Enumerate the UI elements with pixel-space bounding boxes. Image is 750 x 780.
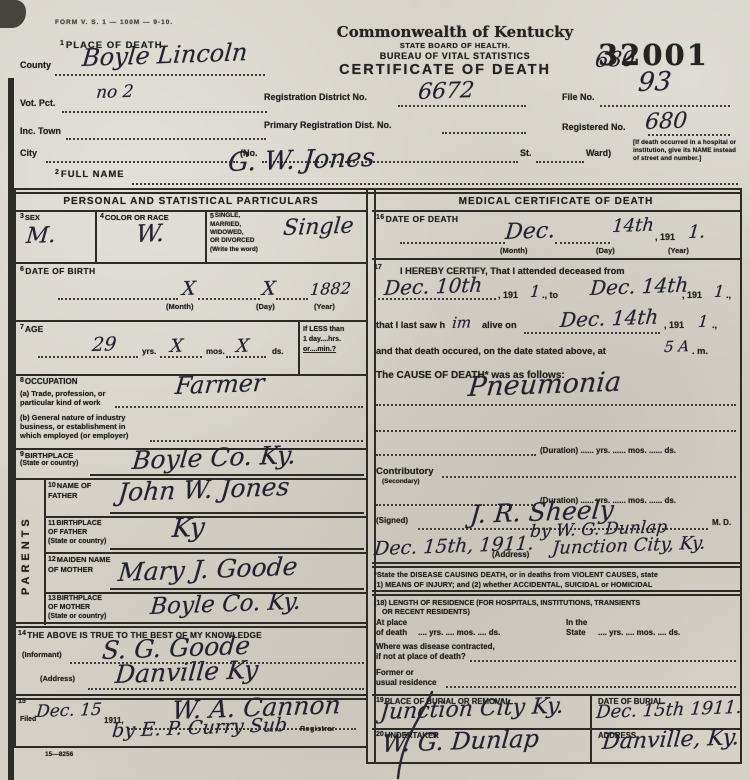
duration1-leader (376, 454, 536, 456)
item-8-number: 8 (20, 377, 24, 384)
marital-l4: OR DIVORCED (210, 237, 254, 244)
marital-l1: SINGLE, (215, 212, 240, 219)
sex-handwriting: M. (25, 223, 57, 249)
item-15-number: 15 (18, 698, 26, 705)
dod-year-caption: (Year) (668, 246, 689, 255)
personal-title-rule (16, 210, 366, 212)
county-line (55, 74, 265, 76)
residence-label-line2: OR RECENT RESIDENTS) (382, 607, 470, 616)
residence-at-place-1: At place (376, 618, 407, 627)
former-residence-line2: usual residence (376, 678, 436, 687)
certify-saw-handwriting: Dec. 14th (559, 305, 659, 333)
age-months-handwriting: X (169, 336, 184, 358)
residence-in-state-2: State (566, 628, 586, 637)
age-mos-unit: mos. (206, 347, 225, 356)
file-no-handwriting: 93 (637, 67, 673, 98)
burial-date-handwriting: Dec. 15th 1911. (595, 697, 742, 723)
filed-label: Filed (20, 716, 36, 723)
residence-in-state-1: In the (566, 618, 587, 627)
item-9-number: 9 (20, 451, 24, 458)
filed-by-handwriting: by E. P. Curry Sub (111, 714, 288, 742)
marital-l2: MARRIED, (210, 221, 241, 228)
marital-l3: WIDOWED, (210, 229, 244, 236)
occupation-b3: which employed (or employer) (20, 431, 128, 440)
header-divider (14, 188, 742, 194)
death-certificate-scan: FORM V. S. 1 — 100M — 9-10. Commonwealth… (0, 0, 750, 780)
sign-address-label: (Address) (492, 550, 529, 559)
sign-bottom (372, 562, 740, 568)
marital-handwriting: Single (282, 213, 355, 241)
inc-town-label: Inc. Town (20, 126, 61, 136)
full-name-label: 2FULL NAME (55, 169, 125, 180)
registered-no-handwriting: 680 (644, 108, 688, 135)
city-st-line (536, 161, 584, 163)
outer-right-border (740, 190, 742, 764)
birthplace-sub: (State or country) (20, 460, 78, 467)
certify-to-label: ., to (542, 290, 558, 300)
medical-title-rule (372, 210, 740, 212)
undertaker-address-handwriting: Danville, Ky. (601, 725, 740, 755)
marital-l5: (Write the word) (210, 246, 258, 253)
occupation-b2: business, or establishment in (20, 422, 125, 431)
marital-label: 5SINGLE, MARRIED, WIDOWED, OR DIVORCED (… (210, 212, 278, 254)
certify-saw-line (524, 332, 660, 334)
full-name-text: FULL NAME (61, 169, 125, 180)
dod-line2 (555, 242, 610, 244)
footer-form-code: 15—8256 (45, 751, 73, 758)
file-no-label: File No. (562, 92, 595, 102)
city-st-label: St. (520, 148, 532, 158)
certify-to-handwriting: Dec. 14th (589, 273, 689, 301)
dob-line1 (58, 298, 178, 300)
primary-registration-label: Primary Registration Dist. No. (264, 120, 392, 130)
contributory-sub: (Secondary) (382, 478, 420, 485)
city-line (46, 161, 238, 163)
contributory-line (442, 476, 736, 478)
vot-pct-line (62, 111, 267, 113)
mother-bp-l2: OF MOTHER (48, 604, 90, 611)
contracted-line1: Where was disease contracted, (376, 642, 495, 651)
mother-name-l1: MAIDEN NAME (57, 555, 111, 564)
city-ward-label: Ward) (586, 148, 611, 158)
primary-registration-line (442, 132, 526, 134)
certify-sep2: , 191 (682, 290, 702, 300)
age-days-handwriting: X (235, 336, 250, 358)
item-7-number: 7 (20, 324, 24, 331)
violent-note-line1: *State the DISEASE CAUSING DEATH, or in … (374, 570, 658, 579)
file-no-line (600, 105, 730, 107)
state-board-line: STATE BOARD OF HEALTH. (320, 41, 590, 50)
age-ds-unit: ds. (272, 347, 284, 356)
mother-bp-l3: (State or country) (48, 613, 106, 620)
dob-label: 6DATE OF BIRTH (20, 266, 96, 276)
mother-name-l2: OF MOTHER (48, 565, 93, 574)
informant-label: (Informant) (22, 650, 62, 659)
age-label: 7AGE (20, 324, 43, 334)
father-bp-l2: OF FATHER (48, 529, 87, 536)
center-divider (366, 190, 376, 764)
mother-name-label: 12MAIDEN NAME OF MOTHER (48, 555, 128, 575)
residence-units2: .... yrs. .... mos. .... ds. (598, 628, 680, 637)
registered-no-label: Registered No. (562, 122, 626, 132)
informant-address-handwriting: Danville Ky (114, 655, 260, 689)
mother-name-underline (110, 588, 364, 590)
row1-bottom (16, 262, 366, 264)
father-bp-l1: BIRTHPLACE (56, 520, 101, 527)
age-less3: or....min.? (303, 346, 336, 353)
certify-from-handwriting: Dec. 10th (383, 273, 483, 301)
certify-end1: ., (726, 290, 731, 300)
contributory-label: Contributory (376, 466, 434, 477)
father-bp-l3: (State or country) (48, 538, 106, 545)
age-less-note: If LESS than 1 day....hrs. or....min.? (303, 325, 365, 354)
birthplace-text: BIRTHPLACE (25, 451, 73, 460)
father-name-underline (110, 512, 364, 514)
certify-line2a: that I last saw h (376, 320, 445, 330)
item-16-number: 16 (376, 214, 385, 221)
item-17-number: 17 (374, 264, 382, 271)
dod-bottom (372, 258, 740, 260)
dob-day-caption: (Day) (256, 302, 275, 311)
full-name-line (132, 183, 738, 185)
father-name-label: 10NAME OF FATHER (48, 481, 118, 501)
sex-race-divider (95, 210, 97, 262)
item-12-number: 12 (48, 556, 56, 563)
item-11-number: 11 (48, 520, 55, 527)
personal-section-title: PERSONAL AND STATISTICAL PARTICULARS (16, 196, 366, 207)
occupation-a-line (115, 406, 363, 408)
dob-text: DATE OF BIRTH (25, 266, 95, 276)
duration1-text: (Duration) ...... yrs. ...... mos. .....… (540, 446, 676, 455)
item-4-number: 4 (100, 213, 104, 220)
parents-bottom (16, 622, 366, 628)
race-marital-divider (205, 210, 207, 262)
age-yrs-unit: yrs. (142, 347, 156, 356)
age-less2: 1 day....hrs. (303, 336, 341, 343)
dod-year-handwriting: 1. (687, 221, 706, 243)
father-bp-underline (110, 548, 364, 550)
medical-section-title: MEDICAL CERTIFICATE OF DEATH (372, 196, 740, 207)
dod-month-handwriting: Dec. (504, 218, 556, 245)
dod-text: DATE OF DEATH (386, 214, 459, 224)
father-name-handwriting: John W. Jones (117, 472, 291, 507)
sign-address-handwriting: Junction City, Ky. (551, 533, 706, 559)
dob-bottom (16, 320, 366, 322)
item-10-number: 10 (48, 482, 56, 489)
dob-day-handwriting: X (261, 277, 276, 300)
certify-time-handwriting: 5 A (663, 337, 690, 356)
county-label: County (20, 60, 51, 70)
sex-text: SEX (25, 213, 40, 222)
violent-note-line2: (1) MEANS OF INJURY; and (2) whether ACC… (374, 580, 652, 589)
birthplace-label: 9BIRTHPLACE (20, 451, 73, 460)
cause-line1 (376, 404, 736, 406)
bureau-line: BUREAU OF VITAL STATISTICS (320, 51, 590, 61)
filed-date-handwriting: Dec. 15 (35, 700, 102, 722)
dob-year-handwriting: 1882 (309, 279, 351, 299)
registration-district-line (398, 105, 526, 107)
registration-district-handwriting: 6672 (417, 78, 475, 105)
signed-md-label: M. D. (712, 518, 731, 527)
certify-y3-handwriting: 1 (697, 312, 709, 331)
certify-line3: and that death occured, on the date stat… (376, 346, 606, 356)
mother-name-handwriting: Mary J. Goode (117, 552, 299, 587)
former-residence-line1: Former or (376, 668, 414, 677)
commonwealth-title: Commonwealth of Kentucky (320, 23, 590, 41)
item-5-number: 5 (210, 213, 214, 220)
contracted-line (470, 660, 736, 662)
certify-sep3: , 191 (664, 320, 684, 330)
full-name-handwriting: G. W. Jones (227, 143, 376, 178)
occupation-a1: (a) Trade, profession, or (20, 389, 105, 398)
certify-sep1: , 191 (498, 290, 518, 300)
item-13-number: 13 (48, 595, 56, 602)
dod-line1 (400, 242, 505, 244)
age-years-handwriting: 29 (91, 333, 117, 356)
sex-label: 3SEX (20, 213, 40, 222)
city-label: City (20, 148, 37, 158)
certify-end2: ., (712, 320, 717, 330)
outer-left-border (14, 190, 16, 748)
undertaker-handwriting: W. G. Dunlap (381, 724, 540, 758)
dob-month-caption: (Month) (166, 302, 193, 311)
age-text: AGE (25, 324, 43, 334)
violent-note-bottom (372, 590, 740, 596)
dob-month-handwriting: X (181, 277, 196, 300)
vot-pct-handwriting: no 2 (95, 82, 134, 103)
residence-at-place-2: of death (376, 628, 407, 637)
birthplace-handwriting: Boyle Co. Ky. (131, 440, 297, 475)
former-residence-line (446, 686, 736, 688)
item-14-number: 14 (18, 630, 26, 637)
father-bp-label: 11BIRTHPLACE OF FATHER (State or country… (48, 519, 122, 546)
mother-bp-l1: BIRTHPLACE (57, 595, 102, 602)
vot-pct-label: Vot. Pct. (20, 98, 55, 108)
hospital-note: [If death occurred in a hospital or inst… (633, 139, 737, 163)
residence-units1: .... yrs. .... mos. .... ds. (418, 628, 500, 637)
certify-line3-end: . m. (692, 346, 708, 356)
form-number: FORM V. S. 1 — 100M — 9-10. (55, 19, 173, 26)
item-6-number: 6 (20, 266, 24, 273)
mother-bp-handwriting: Boyle Co. Ky. (149, 589, 302, 620)
race-handwriting: W. (135, 219, 166, 248)
item-3-number: 3 (20, 213, 24, 220)
item-2-number: 2 (55, 169, 60, 176)
age-line1 (38, 356, 138, 358)
cause-line2 (376, 430, 736, 432)
dob-year-caption: (Year) (314, 302, 335, 311)
occupation-handwriting: Farmer (174, 369, 266, 400)
dob-line3 (276, 298, 308, 300)
parents-label: PARENTS (20, 490, 32, 620)
dod-year-pre: , 191 (655, 232, 675, 242)
certificate-title: CERTIFICATE OF DEATH (300, 62, 590, 78)
registration-district-label: Registration District No. (264, 92, 367, 102)
father-name-l2: FATHER (48, 491, 77, 500)
dod-day-caption: (Day) (596, 246, 615, 255)
dod-day-handwriting: 14th (611, 214, 655, 237)
item-1-number: 1 (60, 40, 65, 47)
father-bp-bottom (44, 552, 366, 554)
age-less1: If LESS than (303, 326, 344, 333)
age-subbox-divider (298, 322, 300, 374)
certify-y1-handwriting: 1 (529, 282, 541, 301)
dod-month-caption: (Month) (500, 246, 527, 255)
scan-corner-mark (0, 0, 26, 28)
cause-of-death-handwriting: Pneumonia (467, 367, 623, 403)
informant-address-label: (Address) (40, 674, 75, 683)
mother-bp-label: 13BIRTHPLACE OF MOTHER (State or country… (48, 594, 122, 621)
residence-label-line1: (18) LENGTH OF RESIDENCE (FOR HOSPITALS,… (374, 598, 640, 607)
occupation-text: OCCUPATION (25, 377, 78, 386)
inc-town-line (66, 138, 266, 140)
signed-label: (Signed) (376, 516, 408, 525)
county-handwriting: Boyle Lincoln (81, 38, 249, 72)
dod-label: 16DATE OF DEATH (376, 214, 458, 224)
registrar-label: Registrar (300, 726, 335, 733)
occupation-b1: (b) General nature of industry (20, 413, 125, 422)
burial-place-handwriting: Junction City Ky. (379, 694, 565, 725)
dob-line2 (198, 298, 260, 300)
occupation-label: 8OCCUPATION (20, 377, 78, 386)
left-column-bottom-border (14, 746, 368, 748)
occupation-a2: particular kind of work (20, 398, 100, 407)
contracted-line2: if not at place of death? (376, 652, 466, 661)
father-bp-handwriting: Ky (171, 513, 206, 544)
certify-him-handwriting: im (451, 313, 472, 332)
certify-y2-handwriting: 1 (713, 282, 725, 301)
certify-line2b: alive on (482, 320, 517, 330)
father-name-l1: NAME OF (57, 481, 92, 490)
